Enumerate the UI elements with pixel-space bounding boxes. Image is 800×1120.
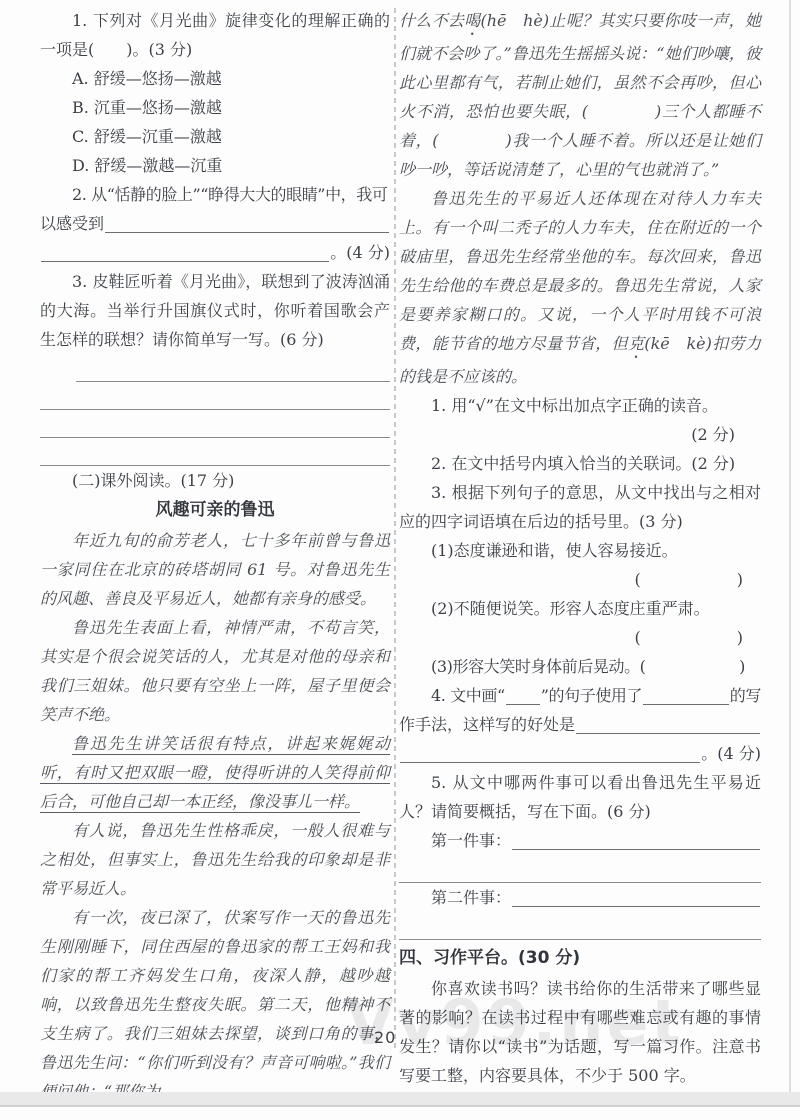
question-5-item2-label: 第二件事： (431, 883, 511, 912)
passage-paragraph-5: 有一次，夜已深了，伏案写作一天的鲁迅先生刚刚睡下，同住西屋的鲁迅家的帮工王妈和我… (40, 903, 390, 1106)
essay-prompt: 你喜欢读书吗？读书给你的生活带来了哪些显著的影响？在读书过程中有哪些难忘或有趣的… (399, 974, 761, 1090)
passage-text: (hē hè)止呢？其实只要你吱一声，她们就不会吵了。”鲁迅先生摇摇头说：“她们… (399, 11, 761, 179)
left-column: 1. 下列对《月光曲》旋律变化的理解正确的一项是( )。(3 分) A. 舒缓—… (40, 6, 390, 1106)
question-3-sub1: (1)态度谦逊和谐，使人容易接近。 (399, 536, 761, 565)
answer-blank (643, 703, 729, 705)
question-4-text: 的写 (730, 681, 761, 710)
answer-blank (576, 732, 760, 734)
answer-blank (105, 231, 389, 233)
answer-blank (506, 703, 540, 705)
answer-line (40, 382, 390, 410)
question-2-score: 。(4 分) (330, 238, 390, 267)
answer-line (76, 354, 390, 382)
column-divider (394, 8, 396, 1050)
section-2-heading: (二)课外阅读。(17 分) (40, 466, 390, 495)
answer-line (399, 855, 761, 883)
question-3-sub2: (2)不随便说笑。形容人态度庄重严肃。 (399, 594, 761, 623)
question-4-score: 。(4 分) (701, 739, 761, 768)
question-3-sub2-bracket: ( ) (399, 623, 761, 652)
passage-paragraph-5-continued: 什么不去喝(hē hè)止呢？其实只要你吱一声，她们就不会吵了。”鲁迅先生摇摇头… (399, 6, 761, 184)
worksheet-page: Vv99.net 1. 下列对《月光曲》旋律变化的理解正确的一项是( )。(3 … (0, 0, 800, 1120)
question-2-blank-row: 以感受到 (40, 209, 390, 238)
answer-line (40, 410, 390, 438)
question-1-option-a: A. 舒缓—悠扬—激越 (72, 64, 390, 93)
question-1: 1. 下列对《月光曲》旋律变化的理解正确的一项是( )。(3 分) (40, 6, 390, 64)
question-5-item1-label: 第一件事： (431, 826, 511, 855)
reading-question-1-score: (2 分) (399, 420, 761, 449)
section-4-heading: 四、习作平台。(30 分) (399, 942, 761, 974)
question-4-text: 4. 文中画“ (431, 681, 505, 710)
question-1-option-b: B. 沉重—悠扬—激越 (72, 93, 390, 122)
passage-paragraph-6: 鲁迅先生的平易近人还体现在对待人力车夫上。有一个叫二秃子的人力车夫，住在附近的一… (399, 184, 761, 391)
question-5-item1-row: 第一件事： (399, 826, 761, 855)
answer-blank (400, 761, 700, 763)
question-4-text: 作手法，这样写的好处是 (399, 710, 575, 739)
question-4-text: ”的句子使用了 (541, 681, 642, 710)
question-3-sub1-bracket: ( ) (399, 565, 761, 594)
question-1-option-d: D. 舒缓—激越—沉重 (72, 151, 390, 180)
answer-blank (512, 905, 760, 907)
passage-paragraph-1: 年近九旬的俞芳老人，七十多年前曾与鲁迅一家同住在北京的砖塔胡同 61 号。对鲁迅… (40, 526, 390, 613)
answer-blank (512, 848, 760, 850)
reading-question-1: 1. 用“√”在文中标出加点字正确的读音。 (399, 391, 761, 420)
passage-paragraph-2: 鲁迅先生表面上看，神情严肃，不苟言笑，其实是个很会说笑话的人，尤其是对他的母亲和… (40, 613, 390, 729)
right-column: 什么不去喝(hē hè)止呢？其实只要你吱一声，她们就不会吵了。”鲁迅先生摇摇头… (399, 6, 761, 1106)
question-4-row2: 作手法，这样写的好处是 (399, 710, 761, 739)
question-4-row1: 4. 文中画“ ”的句子使用了 的写 (399, 681, 761, 710)
answer-line (40, 438, 390, 466)
page-number: 20 (374, 1028, 396, 1047)
question-4-score-row: 。(4 分) (399, 739, 761, 768)
question-2-lead: 以感受到 (40, 209, 104, 238)
question-2-score-row: 。(4 分) (40, 238, 390, 267)
passage-paragraph-3-underlined: 鲁迅先生讲笑话很有特点，讲起来娓娓动听，有时又把双眼一瞪，使得听讲的人笑得前仰后… (40, 729, 390, 816)
dotted-character: 喝 (464, 11, 480, 30)
page-bottom-edge (0, 1092, 800, 1107)
question-3-sub3: (3)形容大笑时身体前后晃动。( ) (399, 652, 761, 681)
answer-blank (41, 260, 329, 262)
passage-paragraph-4: 有人说，鲁迅先生性格乖戾，一般人很难与之相处，但事实上，鲁迅先生给我的印象却是非… (40, 816, 390, 903)
answer-line (399, 912, 761, 940)
two-column-layout: 1. 下列对《月光曲》旋律变化的理解正确的一项是( )。(3 分) A. 舒缓—… (40, 6, 761, 1106)
passage-title: 风趣可亲的鲁迅 (40, 495, 390, 526)
reading-question-5: 5. 从文中哪两件事可以看出鲁迅先生平易近人？请简要概括，写在下面。(6 分) (399, 768, 761, 826)
passage-text: 鲁迅先生的平易近人还体现在对待人力车夫上。有一个叫二秃子的人力车夫，住在附近的一… (399, 189, 761, 353)
question-1-option-c: C. 舒缓—沉重—激越 (72, 122, 390, 151)
question-5-item2-row: 第二件事： (399, 883, 761, 912)
reading-question-2: 2. 在文中括号内填入恰当的关联词。(2 分) (399, 449, 761, 478)
scan-edge-line (789, 0, 791, 1092)
passage-text: 什么不去 (399, 11, 464, 30)
dotted-character: 克 (628, 334, 644, 353)
reading-question-3: 3. 根据下列句子的意思，从文中找出与之相对应的四字词语填在后边的括号里。(3 … (399, 478, 761, 536)
question-2-line1: 2. 从“恬静的脸上”“睁得大大的眼睛”中，我可 (40, 180, 390, 209)
question-3: 3. 皮鞋匠听着《月光曲》，联想到了波涛汹涌的大海。当举行升国旗仪式时，你听着国… (40, 267, 390, 354)
